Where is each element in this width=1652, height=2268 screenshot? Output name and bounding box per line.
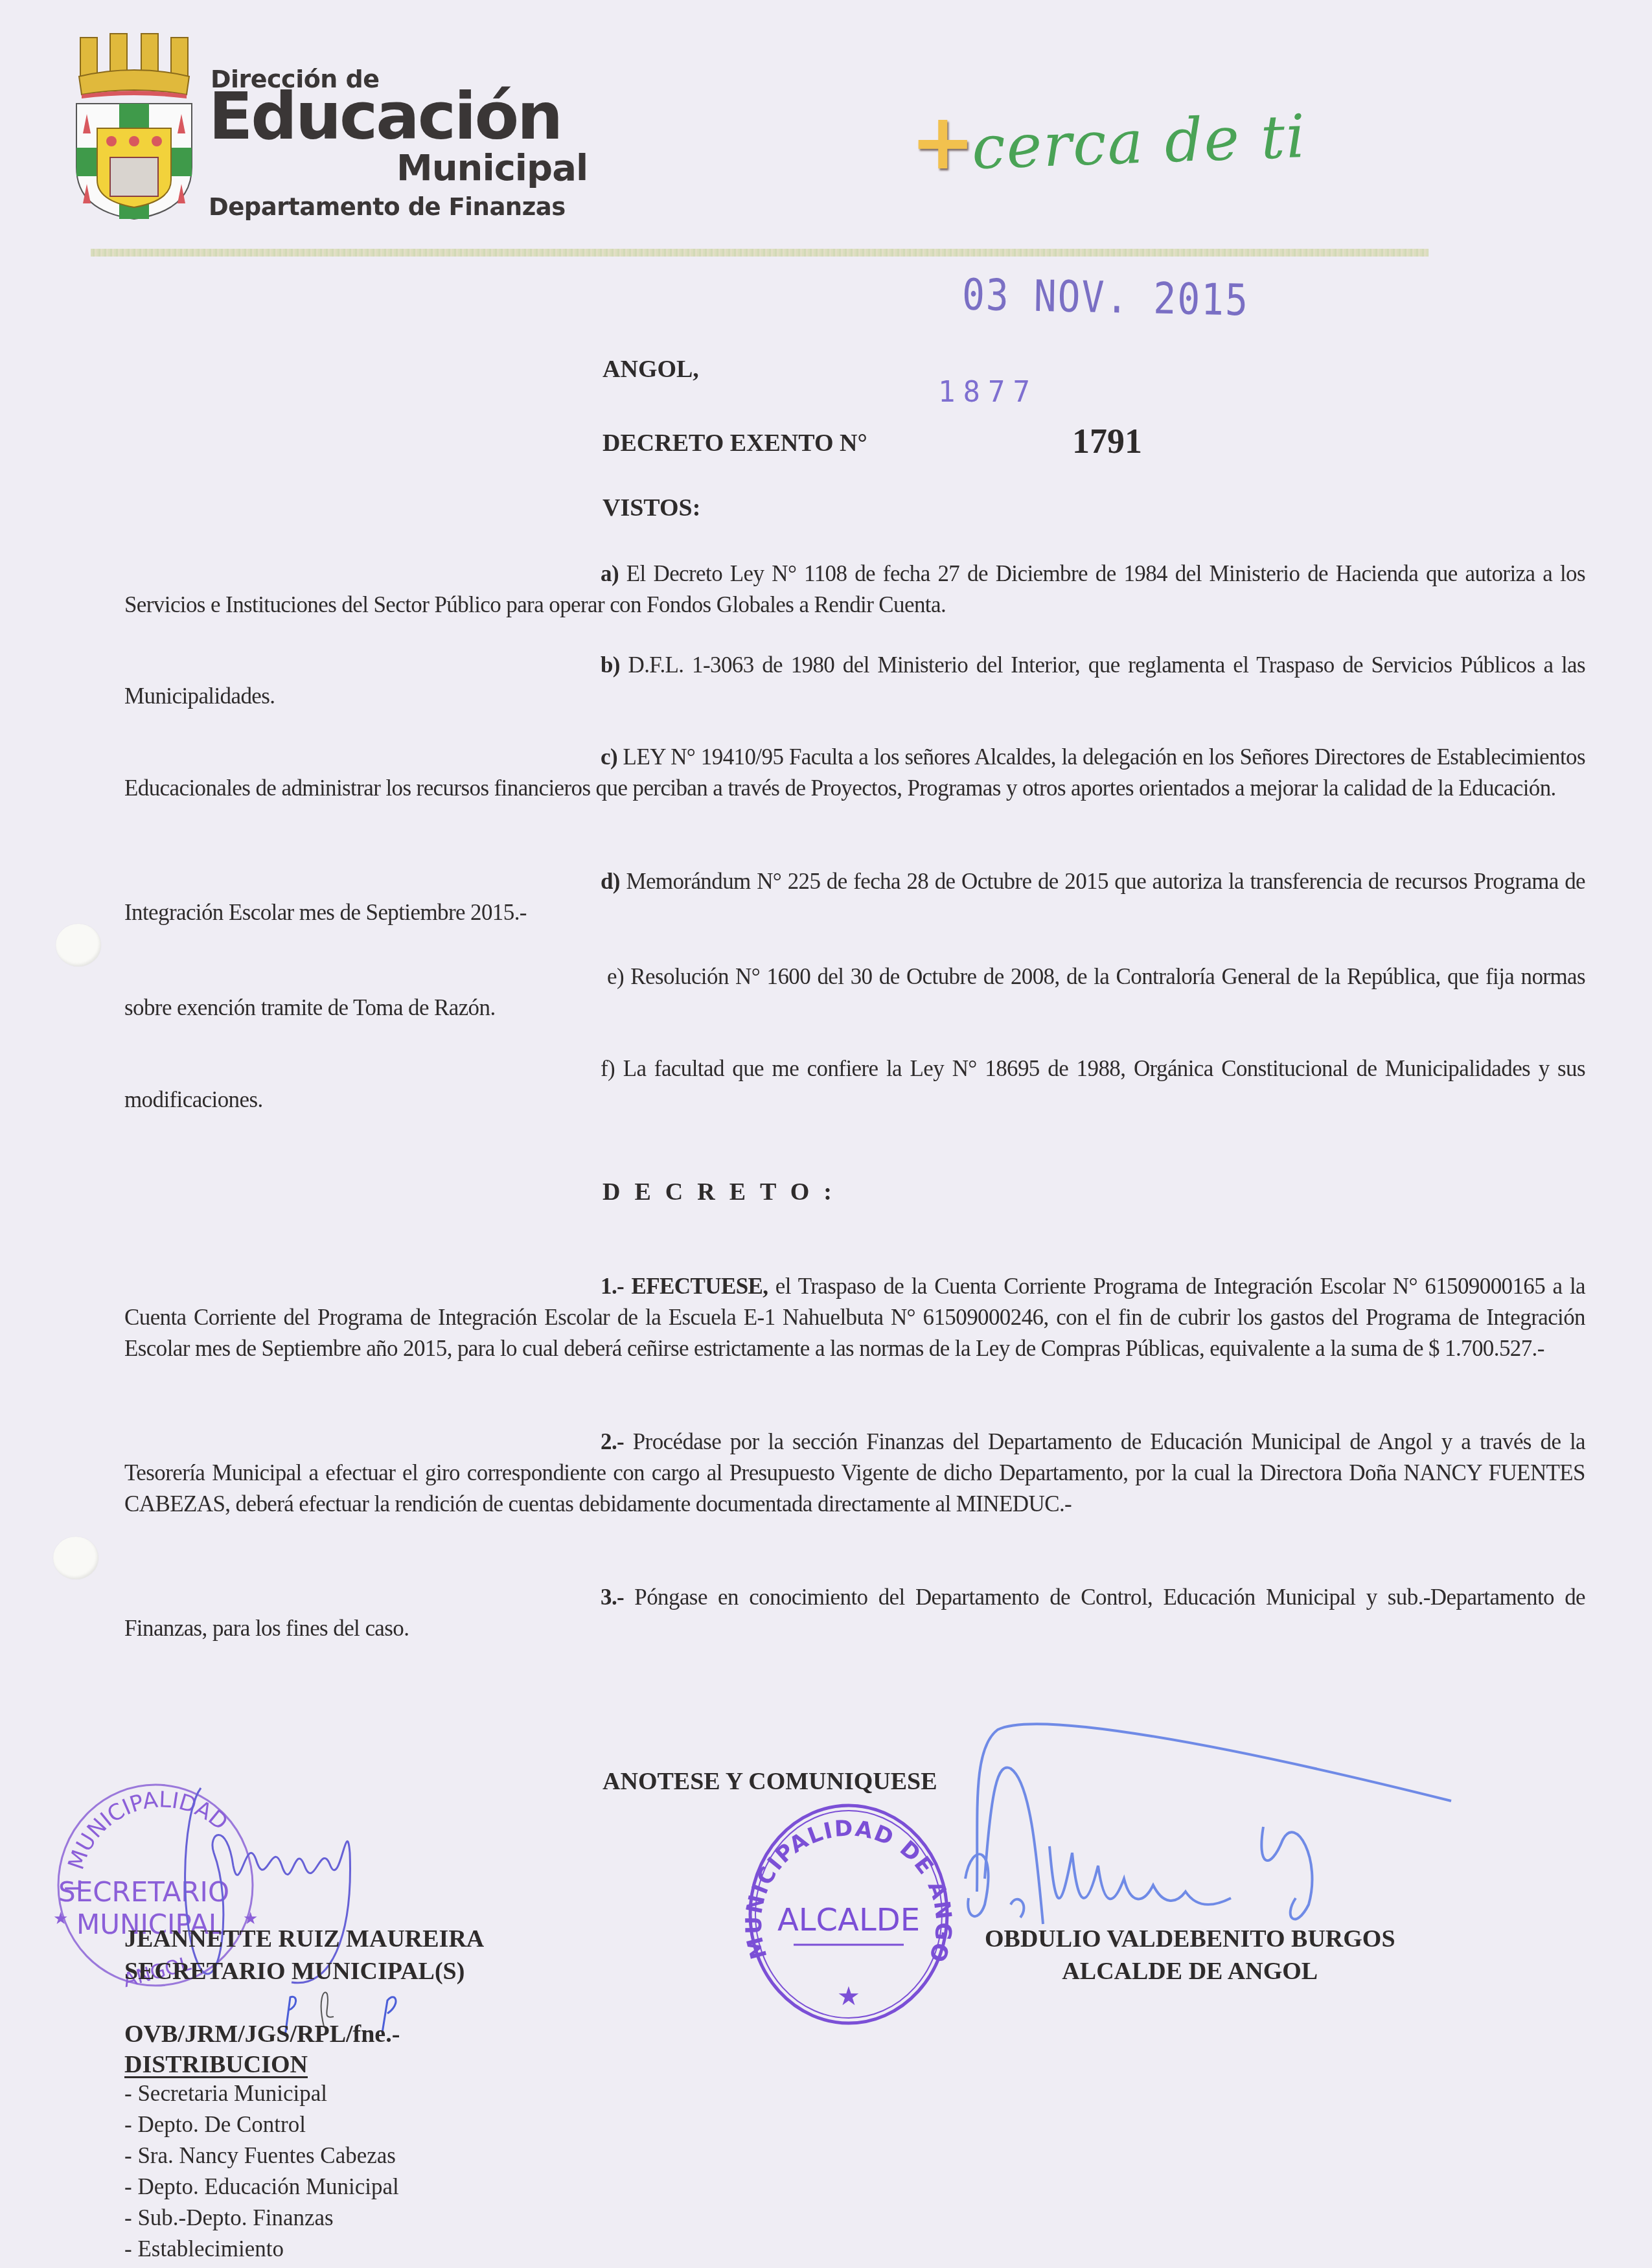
- mayor-signature: [959, 1710, 1464, 1943]
- distribution-list: - Secretaria Municipal - Depto. De Contr…: [124, 2078, 399, 2265]
- letterhead-department: Departamento de Finanzas: [209, 193, 566, 221]
- visto-d: d) Memorándum N° 225 de fecha 28 de Octu…: [124, 866, 1585, 928]
- letterhead-line-municipal: Municipal: [396, 150, 588, 187]
- secretary-title: SECRETARIO MUNICIPAL(S): [124, 1955, 484, 1987]
- distribution-item: - Establecimiento: [124, 2234, 399, 2265]
- vistos-heading: VISTOS:: [602, 494, 700, 522]
- distribution-item: - Secretaria Municipal: [124, 2078, 399, 2109]
- slogan-plus-icon: +: [910, 104, 976, 181]
- visto-f: f) La facultad que me confiere la Ley N°…: [124, 1053, 1585, 1116]
- visto-c: c) LEY N° 19410/95 Faculta a los señores…: [124, 742, 1585, 804]
- city-label: ANGOL,: [602, 355, 699, 384]
- decreto-item-2: 2.- Procédase por la sección Finanzas de…: [124, 1426, 1585, 1520]
- slogan-text: cerca de ti: [970, 102, 1307, 183]
- decreto-item-1: 1.- EFECTUESE, el Traspaso de la Cuenta …: [124, 1271, 1585, 1364]
- received-number-stamp: 1877: [938, 376, 1038, 409]
- letterhead-line-educacion: Educación: [209, 84, 561, 149]
- mayor-name: OBDULIO VALDEBENITO BURGOS: [985, 1923, 1395, 1955]
- svg-text:★: ★: [837, 1982, 860, 2011]
- decreto-heading: DECRETO:: [602, 1178, 846, 1206]
- secretary-signature-block: JEANNETTE RUIZ MAUREIRA SECRETARIO MUNIC…: [124, 1923, 484, 1987]
- mayor-title: ALCALDE DE ANGOL: [985, 1955, 1395, 1987]
- decree-label: DECRETO EXENTO N°: [602, 429, 867, 457]
- distribution-item: - Sub.-Depto. Finanzas: [124, 2203, 399, 2234]
- distribution-item: - Depto. Educación Municipal: [124, 2171, 399, 2203]
- slogan: + cerca de ti: [910, 104, 1312, 194]
- reference-initials: OVB/JRM/JGS/RPL/fne.-: [124, 2020, 400, 2048]
- decreto-item-3: 3.- Póngase en conocimiento del Departam…: [124, 1582, 1585, 1644]
- header-divider: [91, 249, 1428, 257]
- distribution-item: - Depto. De Control: [124, 2109, 399, 2140]
- date-stamp: 03 NOV. 2015: [961, 269, 1249, 325]
- visto-a: a) El Decreto Ley N° 1108 de fecha 27 de…: [124, 558, 1585, 621]
- punch-hole: [56, 924, 101, 967]
- municipal-coat-of-arms-icon: [73, 31, 196, 220]
- svg-text:★: ★: [53, 1909, 68, 1928]
- punch-hole: [53, 1537, 98, 1579]
- distribution-heading: DISTRIBUCION: [124, 2050, 308, 2079]
- mayor-signature-block: OBDULIO VALDEBENITO BURGOS ALCALDE DE AN…: [985, 1923, 1395, 1987]
- visto-e: e) Resolución N° 1600 del 30 de Octubre …: [124, 961, 1585, 1024]
- distribution-item: - Sra. Nancy Fuentes Cabezas: [124, 2140, 399, 2171]
- mayor-seal-stamp: MUNICIPALIDAD DE ANGOL ALCALDE ★: [732, 1794, 965, 2028]
- anotese-y-comuniquese: ANOTESE Y COMUNIQUESE: [602, 1767, 937, 1796]
- svg-text:ALCALDE: ALCALDE: [777, 1902, 920, 1938]
- decree-number: 1791: [1072, 421, 1142, 461]
- visto-b: b) D.F.L. 1-3063 de 1980 del Ministerio …: [124, 650, 1585, 712]
- secretary-name: JEANNETTE RUIZ MAUREIRA: [124, 1923, 484, 1955]
